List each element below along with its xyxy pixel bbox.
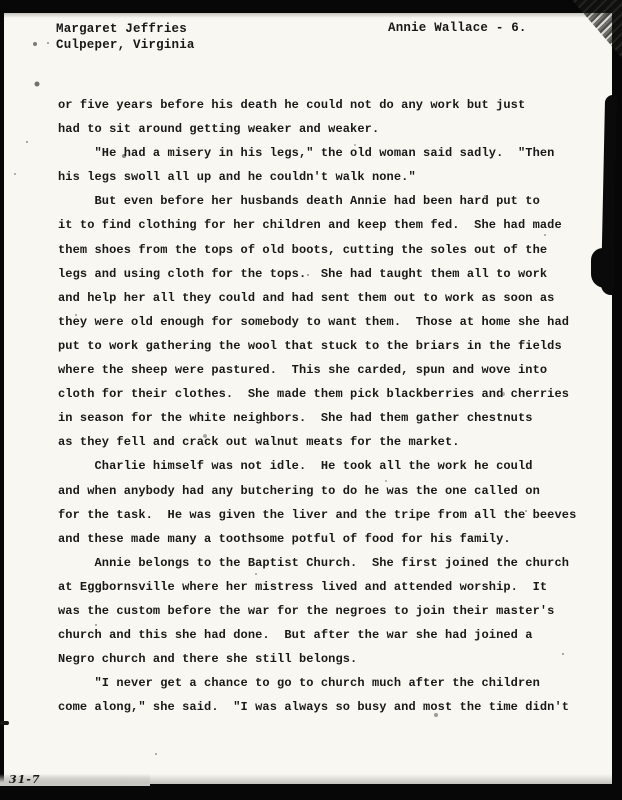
author-location: Culpeper, Virginia [56, 37, 195, 53]
text-line: legs and using cloth for the tops. She h… [58, 262, 588, 286]
archive-page-number: 31-7 [9, 773, 41, 786]
text-line: Negro church and there she still belongs… [58, 647, 588, 671]
text-line: and these made many a toothsome potful o… [58, 527, 588, 551]
text-line: for the task. He was given the liver and… [58, 503, 588, 527]
document-header-author: Margaret Jeffries Culpeper, Virginia [56, 21, 195, 53]
scanned-document: { "document": { "header": { "author_name… [0, 0, 622, 800]
text-line: "I never get a chance to go to church mu… [58, 671, 588, 695]
text-line: they were old enough for somebody to wan… [58, 310, 588, 334]
text-line: church and this she had done. But after … [58, 623, 588, 647]
text-line: cloth for their clothes. She made them p… [58, 382, 588, 406]
text-line: where the sheep were pastured. This she … [58, 358, 588, 382]
text-line: or five years before his death he could … [58, 93, 588, 117]
text-line: was the custom before the war for the ne… [58, 599, 588, 623]
document-running-title: Annie Wallace - 6. [388, 21, 527, 35]
text-line: had to sit around getting weaker and wea… [58, 117, 588, 141]
text-line: Charlie himself was not idle. He took al… [58, 454, 588, 478]
scan-border-top [0, 0, 622, 13]
text-line: "He had a misery in his legs," the old w… [58, 141, 588, 165]
text-line: it to find clothing for her children and… [58, 213, 588, 237]
text-line: But even before her husbands death Annie… [58, 189, 588, 213]
author-name: Margaret Jeffries [56, 21, 195, 37]
document-body: or five years before his death he could … [58, 93, 588, 719]
text-line: his legs swoll all up and he couldn't wa… [58, 165, 588, 189]
scan-edge-mark [0, 721, 9, 725]
text-line: put to work gathering the wool that stuc… [58, 334, 588, 358]
text-line: as they fell and crack out walnut meats … [58, 430, 588, 454]
text-line: Annie belongs to the Baptist Church. She… [58, 551, 588, 575]
text-line: in season for the white neighbors. She h… [58, 406, 588, 430]
scan-border-left [0, 0, 4, 800]
scan-edge-blob [591, 248, 615, 288]
text-line: and help her all they could and had sent… [58, 286, 588, 310]
text-line: at Eggbornsville where her mistress live… [58, 575, 588, 599]
text-line: come along," she said. "I was always so … [58, 695, 588, 719]
text-line: them shoes from the tops of old boots, c… [58, 238, 588, 262]
text-line: and when anybody had any butchering to d… [58, 479, 588, 503]
scan-border-bottom [0, 784, 622, 800]
